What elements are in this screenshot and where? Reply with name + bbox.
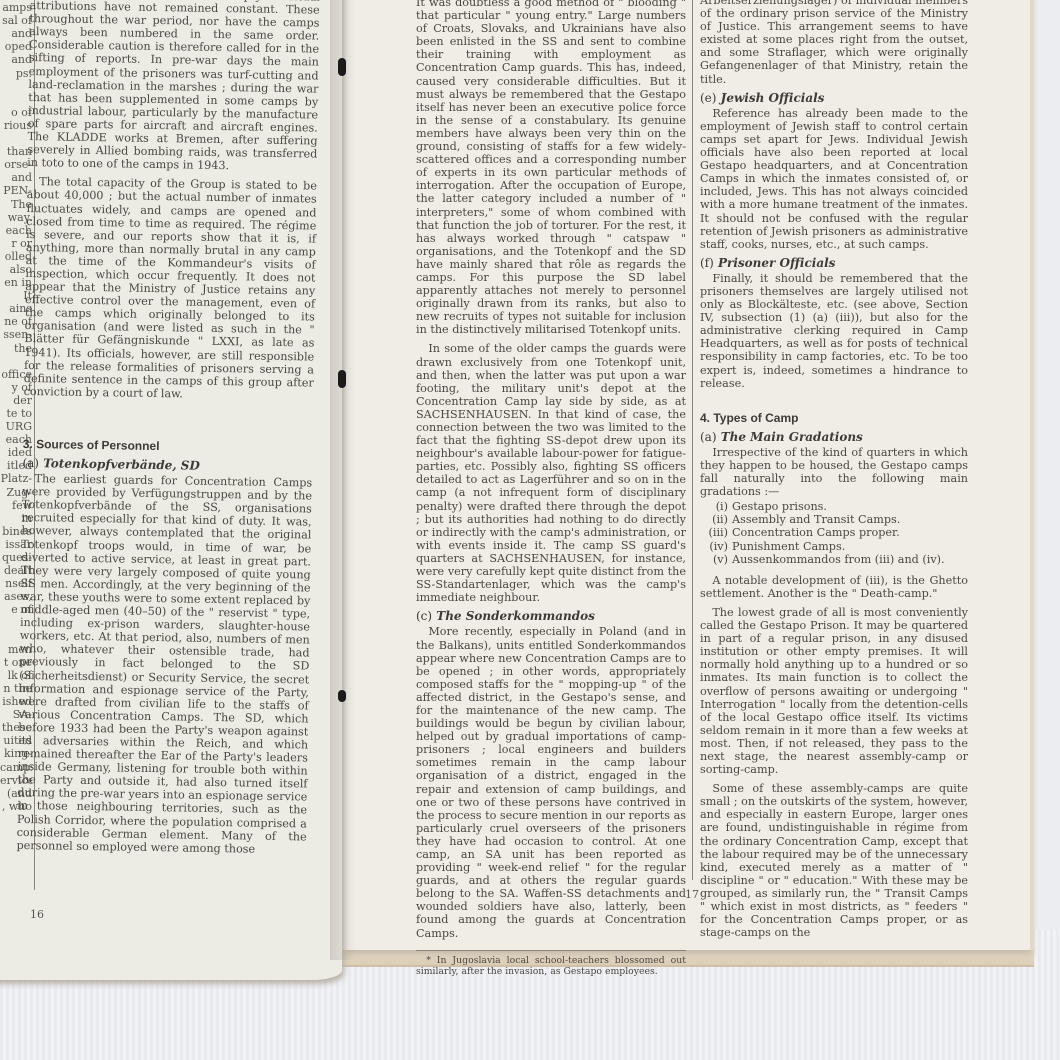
section-heading-3: 3. Sources of Personnel — [23, 438, 313, 456]
fragment-line: and — [0, 53, 32, 66]
paragraph: Reference has already been made to the e… — [700, 107, 968, 251]
fragment-line: ps. — [0, 67, 32, 80]
subsection-heading-a: (a) The Main Gradations — [700, 431, 968, 444]
page-17-left-column: It was doubtless a good method of " bloo… — [416, 0, 686, 983]
gutter-shadow — [330, 0, 356, 960]
subsection-heading-c: (c) The Sonderkommandos — [416, 610, 686, 623]
paragraph: Some of these assembly-camps are quite s… — [700, 782, 968, 939]
fragment-line: amps — [0, 1, 32, 14]
page-16-column: criminal " cases. Some stood empty. habi… — [16, 0, 320, 862]
fragment-line: sal of — [0, 14, 32, 27]
section-heading-4: 4. Types of Camp — [700, 412, 968, 425]
paragraph: In some of the older camps the guards we… — [416, 342, 686, 604]
staple — [338, 370, 346, 388]
paragraph: Finally, it should be remembered that th… — [700, 272, 968, 390]
paragraph: The earliest guards for Concentration Ca… — [16, 472, 312, 856]
staple — [338, 58, 346, 76]
footnote: * In Jugoslavia local school-teachers bl… — [416, 955, 686, 977]
list-item: (iii)Concentration Camps proper. — [700, 526, 968, 539]
fragment-line: oped — [0, 40, 32, 53]
paragraph: It was doubtless a good method of " bloo… — [416, 0, 686, 336]
gradations-list: (i)Gestapo prisons. (ii)Assembly and Tra… — [700, 500, 968, 565]
subsection-heading-e: (e) Jewish Officials — [700, 92, 968, 105]
column-divider — [692, 0, 693, 880]
fragment-line — [0, 80, 32, 93]
footnote-divider — [416, 950, 686, 951]
paragraph: The total capacity of the Group is state… — [24, 175, 317, 402]
staple — [338, 690, 346, 702]
paragraph: More recently, especially in Poland (and… — [416, 625, 686, 939]
page-17-right-column: Arbeitserziehungslager) of individual me… — [700, 0, 968, 945]
page-16: ; theampssal ofandopedandps. o ofrious t… — [0, 0, 342, 980]
list-item: (i)Gestapo prisons. — [700, 500, 968, 513]
paragraph: The lowest grade of all is most convenie… — [700, 606, 968, 776]
list-item: (ii)Assembly and Transit Camps. — [700, 513, 968, 526]
paragraph: A notable development of (iii), is the G… — [700, 574, 968, 600]
subsection-heading-f: (f) Prisoner Officials — [700, 257, 968, 270]
paragraph: Irrespective of the kind of quarters in … — [700, 446, 968, 498]
list-item: (v)Aussenkommandos from (iii) and (iv). — [700, 553, 968, 566]
page-number-17: 17 — [685, 888, 699, 901]
paragraph: criminal " cases. Some stood empty. habi… — [27, 0, 320, 174]
fragment-line: and — [0, 27, 32, 40]
list-item: (iv)Punishment Camps. — [700, 540, 968, 553]
page-number-16: 16 — [30, 908, 44, 921]
paragraph: Arbeitserziehungslager) of individual me… — [700, 0, 968, 86]
